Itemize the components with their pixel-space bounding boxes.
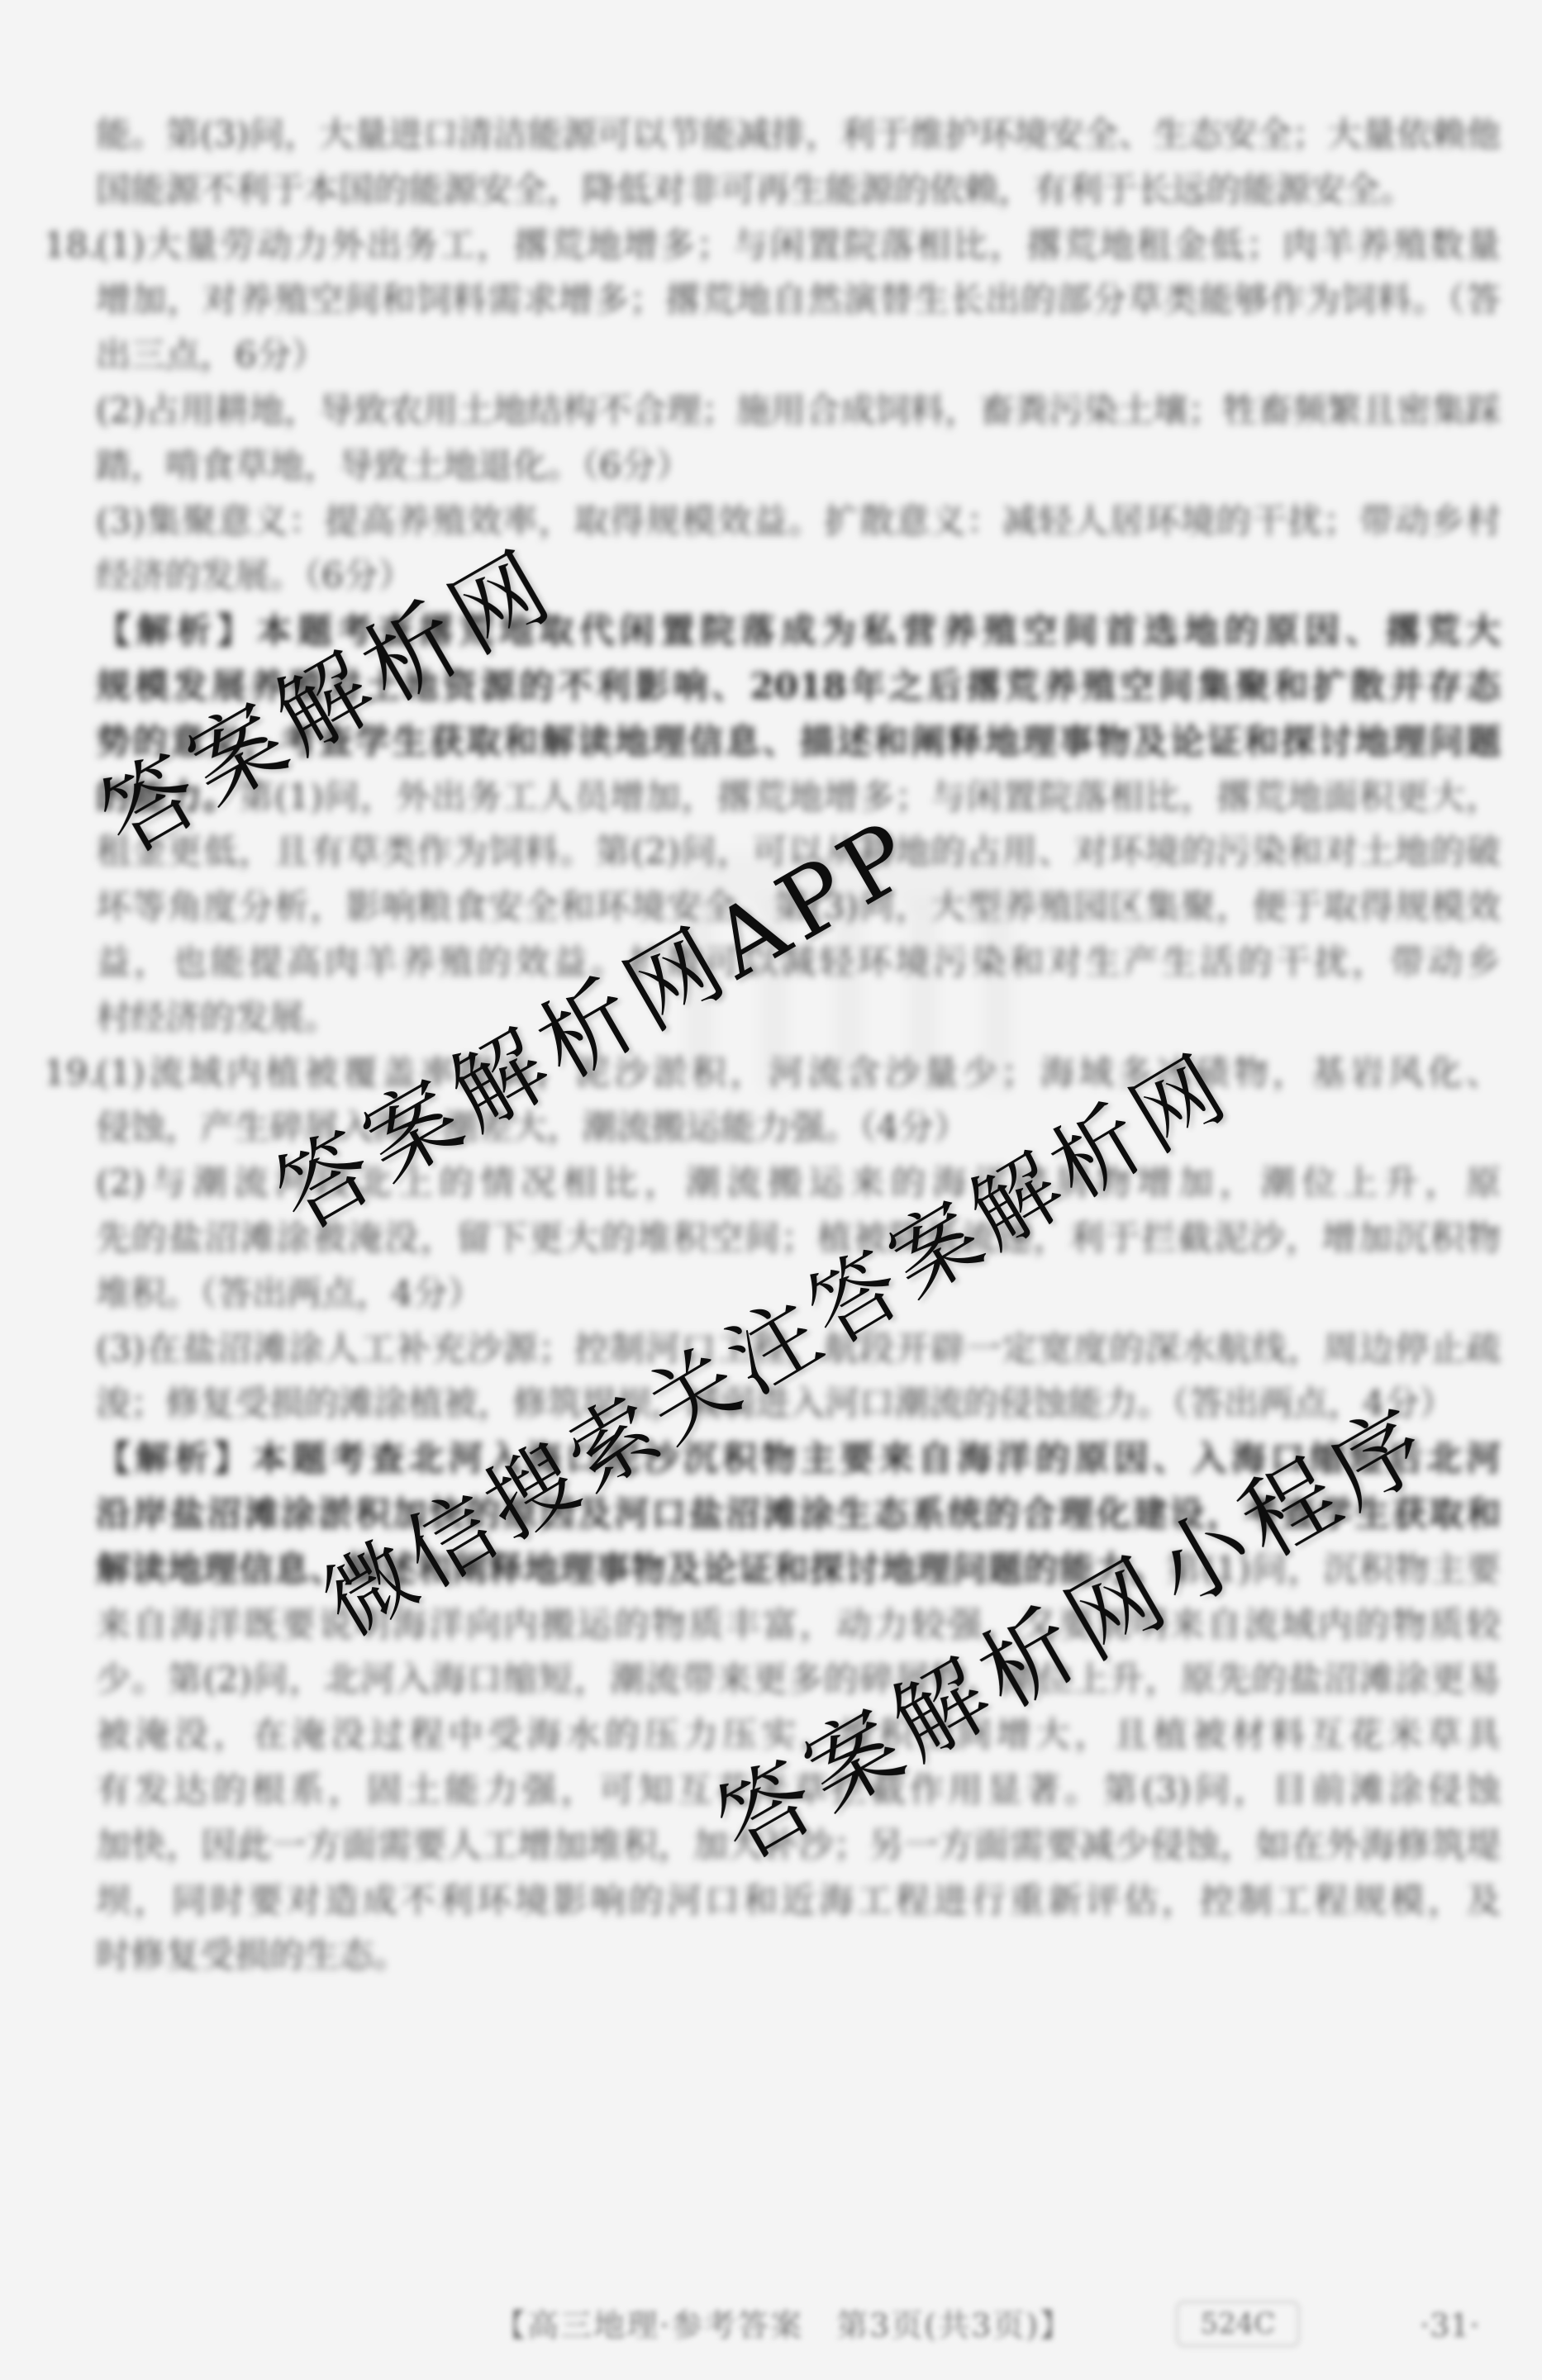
line-text: 增加，对养殖空间和饲料需求增多；撂荒地自然演替生长出的部分草类能够作为饲料。（答 (96, 279, 1501, 320)
line-text: (2)占用耕地，导致农用土地结构不合理；施用合成饲料，畜粪污染土壤；牲畜频繁且密… (96, 390, 1501, 430)
line-text: 能。第(3)问，大量进口清洁能源可以节能减排，利于维护环境安全、生态安全；大量依… (96, 114, 1501, 154)
text-line: 踏，啃食草地，导致土地退化。（6分） (96, 439, 1501, 494)
footer-title: 【高三地理·参考答案 第3页(共3页)】 (494, 2307, 1073, 2344)
bold-analysis-text: 【解析】本题考查撂荒地取代闲置院落成为私营养殖空间首选地的原因、撂荒大 (96, 610, 1501, 651)
page-number: ·31· (1420, 2307, 1480, 2344)
text-line: 经济的发展。（6分） (96, 549, 1501, 604)
line-text: (1)流域内植被覆盖率提高，泥沙淤积，河流含沙量少；海域多冰碛物，基岩风化、 (96, 1052, 1501, 1093)
text-line: (2)占用耕地，导致农用土地结构不合理；施用合成饲料，畜粪污染土壤；牲畜频繁且密… (96, 383, 1501, 439)
line-text: 堆积。（答出两点，4分） (96, 1273, 483, 1314)
text-line: 【解析】本题考查撂荒地取代闲置院落成为私营养殖空间首选地的原因、撂荒大 (96, 604, 1501, 659)
answer-text-body: 能。第(3)问，大量进口清洁能源可以节能减排，利于维护环境安全、生态安全；大量依… (96, 107, 1501, 1983)
text-line: 19.(1)流域内植被覆盖率提高，泥沙淤积，河流含沙量少；海域多冰碛物，基岩风化… (96, 1046, 1501, 1101)
text-line: 的能力。第(1)问，外出务工人员增加，撂荒地增多；与闲置院落相比，撂荒地面积更大… (96, 770, 1501, 825)
line-text: 经济的发展。（6分） (96, 555, 413, 596)
text-line: 时修复受损的生态。 (96, 1928, 1501, 1983)
text-line: 国能源不利于本国的能源安全，降低对非可再生能源的依赖，有利于长远的能源安全。 (96, 163, 1501, 218)
line-text: 少。第(2)问，北河入海口缩短，潮流带来更多的碎屑物，潮位上升，原先的盐沼滩涂更… (96, 1659, 1501, 1699)
text-line: 18.(1)大量劳动力外出务工，撂荒地增多；与闲置院落相比，撂荒地租金低；肉羊养… (96, 218, 1501, 273)
question-number: 18. (44, 218, 99, 273)
line-text: 出三点，6分） (96, 335, 326, 375)
text-line: 增加，对养殖空间和饲料需求增多；撂荒地自然演替生长出的部分草类能够作为饲料。（答 (96, 273, 1501, 328)
text-line: 坝，同时要对造成不利环境影响的河口和近海工程进行重新评估，控制工程规模，及 (96, 1874, 1501, 1929)
document-page: 能。第(3)问，大量进口清洁能源可以节能减排，利于维护环境安全、生态安全；大量依… (0, 0, 1542, 2380)
line-text: 时修复受损的生态。 (96, 1935, 408, 1975)
paper-code-badge: 524C (1176, 2301, 1300, 2347)
line-text: (1)大量劳动力外出务工，撂荒地增多；与闲置院落相比，撂荒地租金低；肉羊养殖数量 (96, 225, 1501, 265)
bold-analysis-text: 解读地理信息、描述和阐释地理事物及论证和探讨地理问题的能力。 (96, 1549, 1166, 1589)
text-line: 村经济的发展。 (96, 990, 1501, 1046)
text-line: (3)集聚意义：提高养殖效率，取得规模效益。扩散意义：减轻人居环境的干扰；带动乡… (96, 494, 1501, 549)
page-footer: 【高三地理·参考答案 第3页(共3页)】 524C ·31· (0, 2301, 1542, 2350)
line-text: 坝，同时要对造成不利环境影响的河口和近海工程进行重新评估，控制工程规模，及 (96, 1880, 1501, 1921)
text-line: 能。第(3)问，大量进口清洁能源可以节能减排，利于维护环境安全、生态安全；大量依… (96, 107, 1501, 163)
line-text: 踏，啃食草地，导致土地退化。（6分） (96, 445, 691, 486)
question-number: 19. (44, 1046, 99, 1101)
line-text: 来自海洋既要说明海洋向内搬运的物质丰富，动力较强，又要说明来自流域内的物质较 (96, 1604, 1501, 1645)
line-text: 村经济的发展。 (96, 997, 339, 1038)
text-line: 出三点，6分） (96, 328, 1501, 383)
line-text: (3)集聚意义：提高养殖效率，取得规模效益。扩散意义：减轻人居环境的干扰；带动乡… (96, 501, 1501, 541)
text-line: 少。第(2)问，北河入海口缩短，潮流带来更多的碎屑物，潮位上升，原先的盐沼滩涂更… (96, 1652, 1501, 1708)
line-text: 国能源不利于本国的能源安全，降低对非可再生能源的依赖，有利于长远的能源安全。 (96, 169, 1415, 210)
text-line: 来自海洋既要说明海洋向内搬运的物质丰富，动力较强，又要说明来自流域内的物质较 (96, 1598, 1501, 1653)
